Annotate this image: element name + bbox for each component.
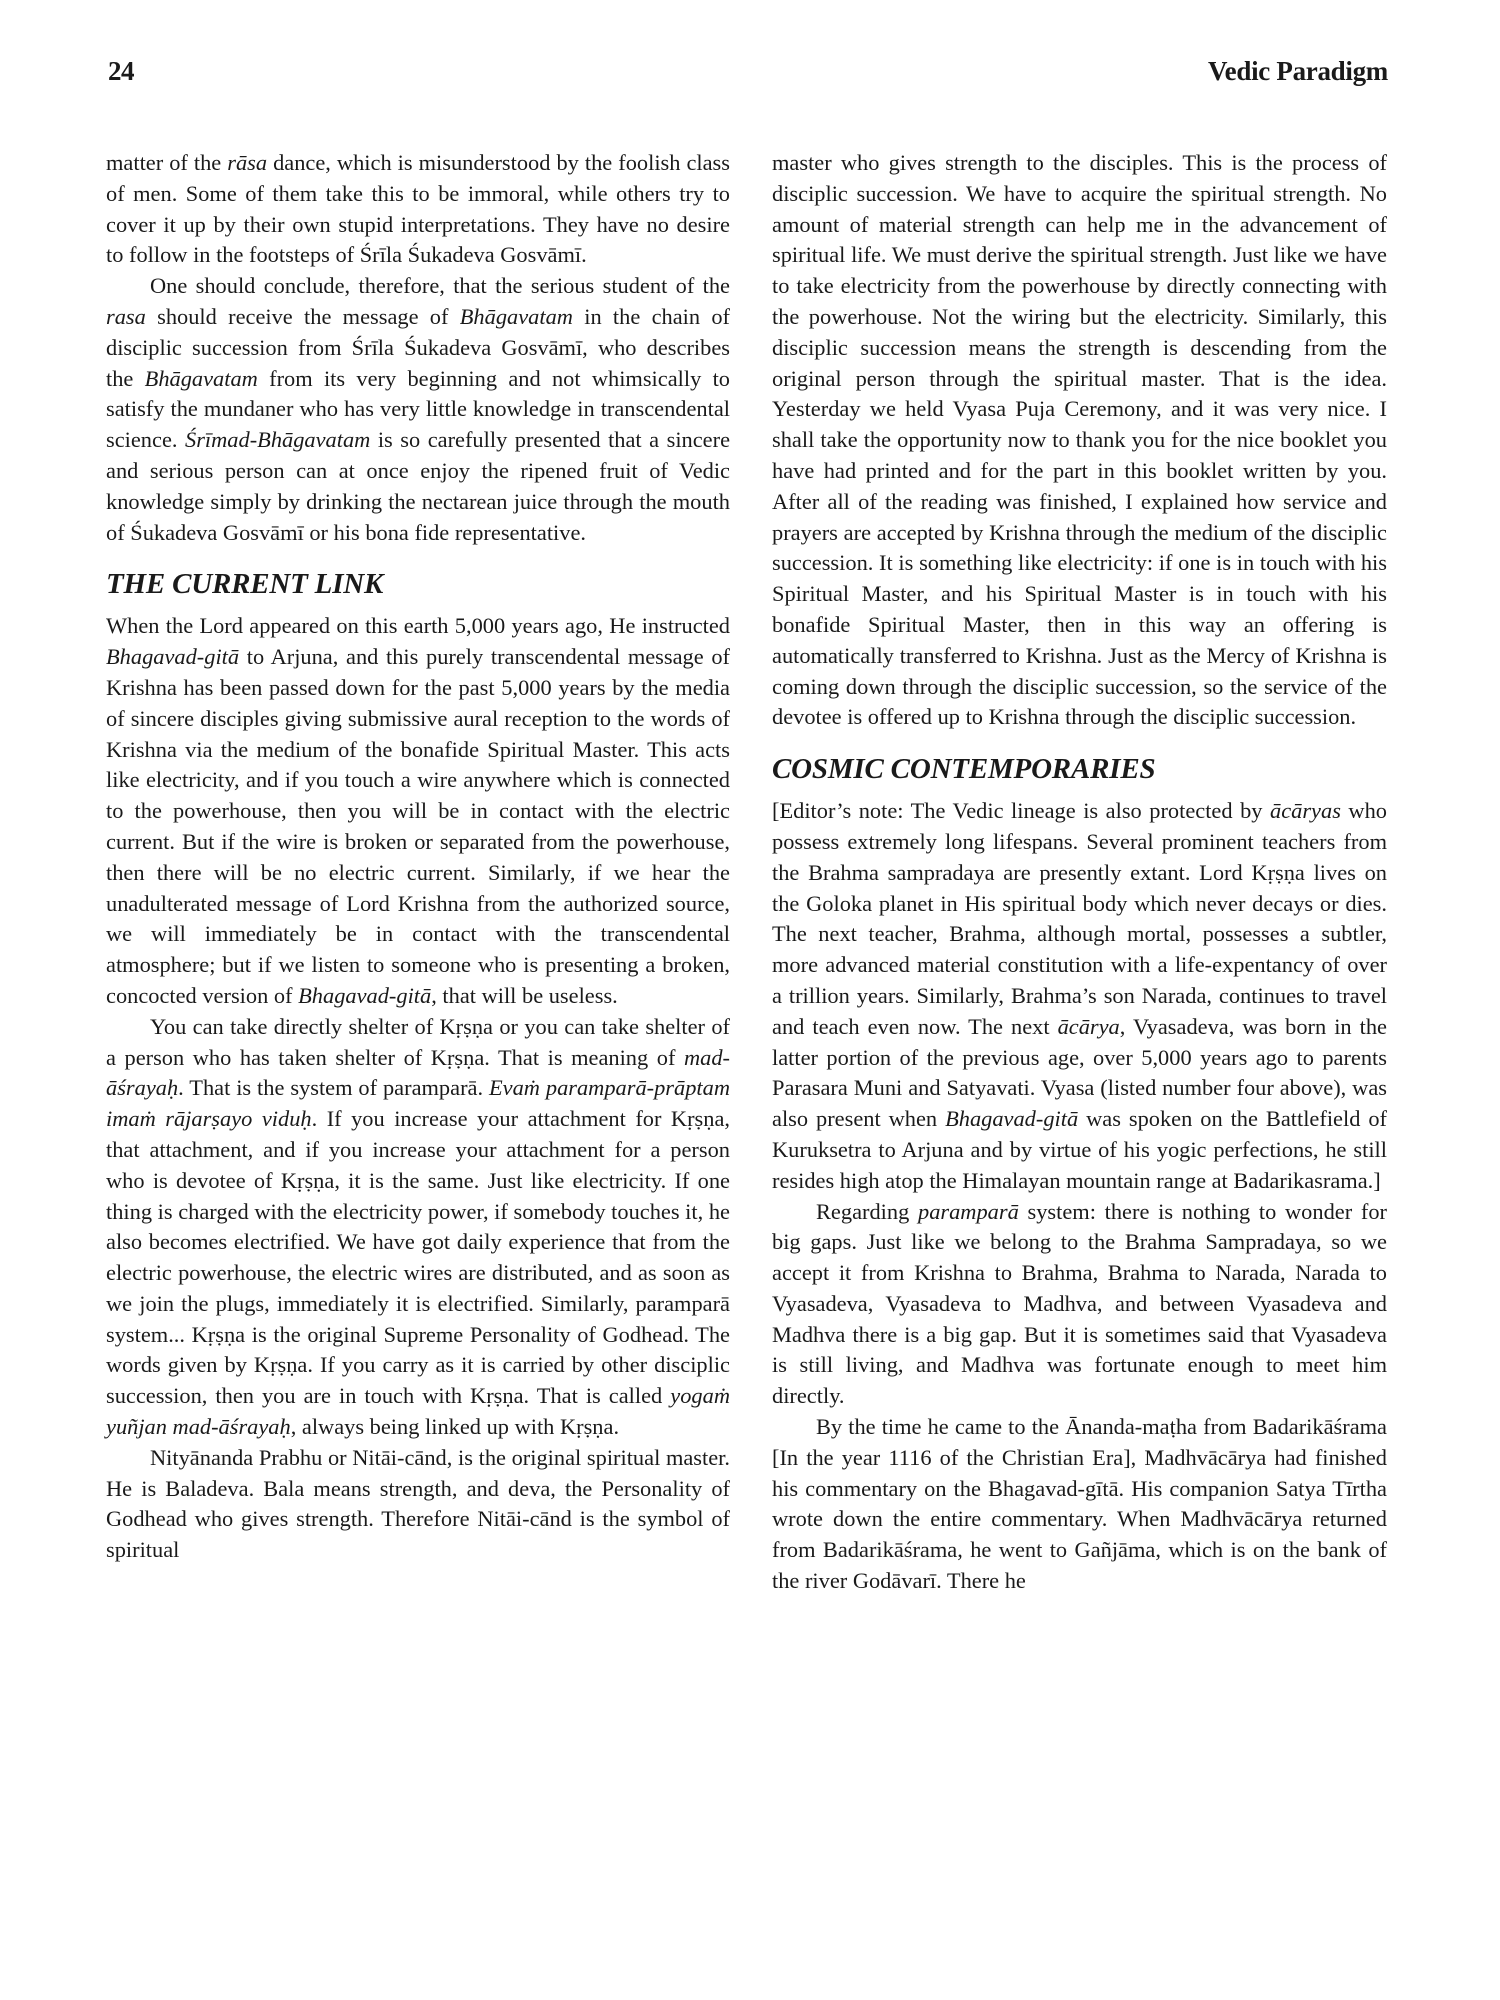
italic-term: paramparā — [918, 1199, 1019, 1224]
italic-term: ācāryas — [1270, 798, 1341, 823]
body-paragraph: Regarding paramparā system: there is not… — [772, 1197, 1387, 1413]
italic-term: Bhagavad-gitā — [298, 983, 431, 1008]
left-paragraphs-after: When the Lord appeared on this earth 5,0… — [106, 611, 730, 1566]
right-paragraphs-after: [Editor’s note: The Vedic lineage is als… — [772, 796, 1387, 1597]
body-paragraph: Nityānanda Prabhu or Nitāi-cānd, is the … — [106, 1443, 730, 1566]
left-paragraphs-before: matter of the rāsa dance, which is misun… — [106, 148, 730, 548]
italic-term: Bhāgavatam — [145, 366, 258, 391]
italic-term: Śrīmad-Bhāgavatam — [185, 427, 370, 452]
italic-term: Bhāgavatam — [460, 304, 573, 329]
italic-term: yogaṁ yuñjan mad-āśrayaḥ — [106, 1383, 730, 1439]
running-head-title: Vedic Paradigm — [1208, 56, 1388, 87]
body-paragraph: [Editor’s note: The Vedic lineage is als… — [772, 796, 1387, 1196]
page-number: 24 — [108, 56, 134, 87]
body-paragraph: When the Lord appeared on this earth 5,0… — [106, 611, 730, 1011]
italic-term: rāsa — [227, 150, 267, 175]
left-column: matter of the rāsa dance, which is misun… — [106, 148, 730, 1566]
section-heading-current-link: THE CURRENT LINK — [106, 567, 730, 601]
body-paragraph: You can take directly shelter of Kṛṣṇa o… — [106, 1012, 730, 1443]
right-paragraphs-before: master who gives strength to the discipl… — [772, 148, 1387, 733]
italic-term: rasa — [106, 304, 146, 329]
italic-term: Bhagavad-gitā — [945, 1106, 1078, 1131]
right-column: master who gives strength to the discipl… — [772, 148, 1387, 1597]
italic-term: ācārya — [1058, 1014, 1120, 1039]
italic-term: Evaṁ paramparā-prāptam imaṁ rājarṣayo vi… — [106, 1075, 730, 1131]
italic-term: Bhagavad-gitā — [106, 644, 239, 669]
body-paragraph: One should conclude, therefore, that the… — [106, 271, 730, 548]
body-paragraph: master who gives strength to the discipl… — [772, 148, 1387, 733]
body-paragraph: By the time he came to the Ānanda-maṭha … — [772, 1412, 1387, 1597]
body-paragraph: matter of the rāsa dance, which is misun… — [106, 148, 730, 271]
section-heading-cosmic-contemporaries: COSMIC CONTEMPORARIES — [772, 752, 1387, 786]
